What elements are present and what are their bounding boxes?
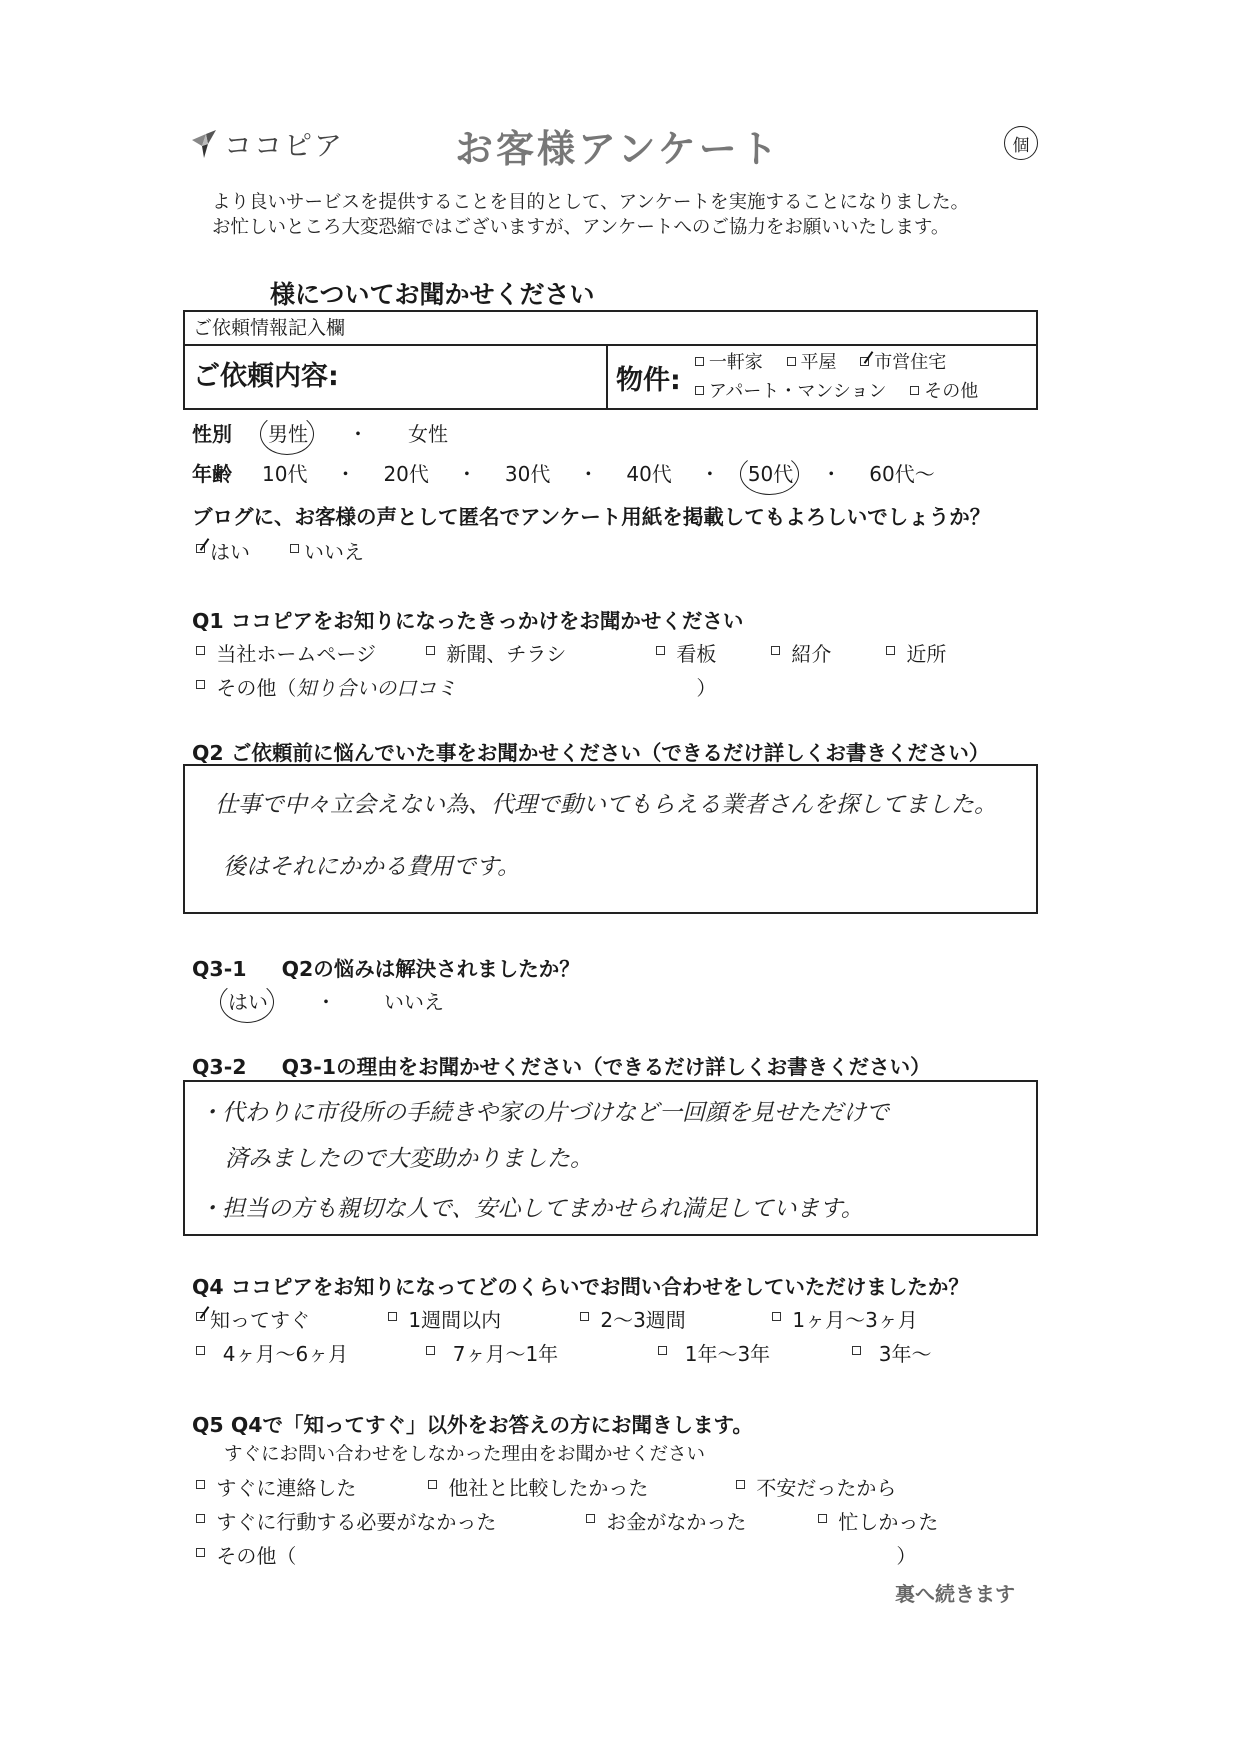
- q5-option-compare-companies[interactable]: 他社と比較したかった: [428, 1472, 736, 1501]
- q3-1-option-yes[interactable]: はい: [228, 986, 268, 1015]
- q1-option-other[interactable]: その他（: [196, 672, 296, 701]
- checkbox[interactable]: [290, 544, 299, 553]
- checkbox[interactable]: [736, 1480, 745, 1489]
- checkbox[interactable]: [818, 1514, 827, 1523]
- age-option-40s[interactable]: 40代: [626, 458, 671, 487]
- gender-label: 性別: [192, 418, 232, 447]
- checkbox[interactable]: [658, 1346, 667, 1355]
- logo-text: ココピア: [224, 124, 344, 164]
- q2-answer-line-1: 仕事で中々立会えない為、代理で動いてもらえる業者さんを探してました。: [215, 786, 997, 819]
- q2-answer-box[interactable]: 仕事で中々立会えない為、代理で動いてもらえる業者さんを探してました。 後はそれに…: [183, 764, 1038, 914]
- checkbox[interactable]: [771, 646, 780, 655]
- table-title: ご依頼情報記入欄: [185, 312, 1036, 346]
- personal-badge: 個: [1004, 126, 1038, 160]
- checkbox[interactable]: [196, 680, 205, 689]
- blog-consent-yes[interactable]: はい: [196, 536, 250, 565]
- q5-option-other[interactable]: その他（: [196, 1540, 296, 1569]
- checkbox[interactable]: [426, 1346, 435, 1355]
- q5-options-row-1: すぐに連絡した 他社と比較したかった 不安だったから: [196, 1472, 896, 1501]
- q2-heading: Q2 ご依頼前に悩んでいた事をお聞かせください（できるだけ詳しくお書きください）: [192, 736, 989, 766]
- q1-other-row: その他（ 知り合いの口コミ ）: [196, 672, 716, 701]
- q4-heading: Q4 ココピアをお知りになってどのくらいでお問い合わせをしていただけましたか？: [192, 1270, 969, 1300]
- q1-option-referral[interactable]: 紹介: [771, 638, 886, 667]
- checkbox[interactable]: [580, 1312, 589, 1321]
- company-logo: ココピア: [192, 124, 344, 164]
- q3-1-option-no[interactable]: いいえ: [384, 986, 444, 1015]
- q4-option-4-6-months[interactable]: 4ヶ月～6ヶ月: [196, 1338, 426, 1367]
- q3-2-number: Q3-2: [192, 1055, 246, 1079]
- q3-1-heading: Q3-1 Q2の悩みは解決されましたか？: [192, 952, 580, 982]
- q4-option-immediately[interactable]: 知ってすぐ: [196, 1304, 388, 1333]
- q4-options-row-2: 4ヶ月～6ヶ月 7ヶ月～1年 1年～3年 3年～: [196, 1338, 931, 1367]
- checkbox-checked[interactable]: [196, 1312, 205, 1321]
- checkbox[interactable]: [196, 1346, 205, 1355]
- checkbox[interactable]: [656, 646, 665, 655]
- blog-consent-question: ブログに、お客様の声として匿名でアンケート用紙を掲載してもよろしいでしょうか？: [192, 500, 990, 530]
- q3-1-question: Q2の悩みは解決されましたか？: [282, 957, 580, 981]
- checkbox[interactable]: [196, 1480, 205, 1489]
- age-option-50s[interactable]: 50代: [748, 458, 793, 487]
- q1-heading: Q1 ココピアをお知りになったきっかけをお聞かせください: [192, 604, 743, 634]
- q4-option-2-3-weeks[interactable]: 2～3週間: [580, 1304, 772, 1333]
- blog-consent-no[interactable]: いいえ: [290, 536, 364, 565]
- q5-other-row: その他（ ）: [196, 1540, 916, 1569]
- property-option-municipal-housing[interactable]: 市営住宅: [860, 352, 946, 373]
- checkbox[interactable]: [196, 1514, 205, 1523]
- q5-other-close: ）: [896, 1540, 916, 1569]
- q1-option-newspaper-flyer[interactable]: 新聞、チラシ: [426, 638, 656, 667]
- age-option-10s[interactable]: 10代: [262, 458, 307, 487]
- intro-line-1: より良いサービスを提供することを目的として、アンケートを実施することになりました…: [212, 190, 969, 215]
- gender-option-female[interactable]: 女性: [408, 418, 448, 447]
- q4-option-3-years-plus[interactable]: 3年～: [852, 1338, 931, 1367]
- intro-text: より良いサービスを提供することを目的として、アンケートを実施することになりました…: [212, 190, 969, 240]
- checkbox[interactable]: [695, 357, 704, 366]
- checkbox[interactable]: [428, 1480, 437, 1489]
- property-label: 物件:: [616, 358, 681, 397]
- checkbox[interactable]: [196, 1548, 205, 1557]
- age-label: 年齢: [192, 458, 232, 487]
- q5-option-no-need-to-act[interactable]: すぐに行動する必要がなかった: [196, 1506, 586, 1535]
- bird-logo-icon: [192, 130, 218, 158]
- customer-section-heading: 様についてお聞かせください: [270, 275, 595, 311]
- page-title: お客様アンケート: [455, 118, 781, 173]
- checkbox-checked[interactable]: [860, 357, 869, 366]
- checkbox[interactable]: [586, 1514, 595, 1523]
- q3-2-answer-line-1: ・代わりに市役所の手続きや家の片づけなど一回顔を見せただけで: [199, 1094, 889, 1127]
- q5-heading: Q5 Q4で「知ってすぐ」以外をお答えの方にお聞きします。: [192, 1408, 753, 1438]
- q5-options-row-2: すぐに行動する必要がなかった お金がなかった 忙しかった: [196, 1506, 938, 1535]
- checkbox[interactable]: [695, 386, 704, 395]
- property-option-bungalow[interactable]: 平屋: [787, 352, 837, 373]
- request-content-label: ご依頼内容:: [193, 361, 339, 392]
- request-content-field[interactable]: ご依頼内容:: [185, 346, 608, 408]
- blog-consent-options: はい いいえ: [196, 536, 364, 565]
- intro-line-2: お忙しいところ大変恐縮ではございますが、アンケートへのご協力をお願いいたします。: [212, 215, 969, 240]
- q1-option-homepage[interactable]: 当社ホームページ: [196, 638, 426, 667]
- age-option-20s[interactable]: 20代: [383, 458, 428, 487]
- q1-other-input[interactable]: 知り合いの口コミ: [296, 672, 696, 701]
- property-field: 物件: 一軒家 平屋 市営住宅 アパート・マンション その他: [608, 346, 1036, 408]
- checkbox[interactable]: [388, 1312, 397, 1321]
- q3-2-answer-box[interactable]: ・代わりに市役所の手続きや家の片づけなど一回顔を見せただけで 済みましたので大変…: [183, 1080, 1038, 1236]
- q3-2-question: Q3-1の理由をお聞かせください（できるだけ詳しくお書きください）: [282, 1055, 931, 1079]
- continue-on-back-note: 裏へ続きます: [895, 1578, 1015, 1607]
- q1-other-close: ）: [696, 672, 716, 701]
- q1-option-neighborhood[interactable]: 近所: [886, 638, 946, 667]
- age-option-30s[interactable]: 30代: [505, 458, 550, 487]
- gender-option-male[interactable]: 男性: [268, 418, 308, 447]
- request-info-table: ご依頼情報記入欄 ご依頼内容: 物件: 一軒家 平屋 市営住宅 アパート・マンシ…: [183, 310, 1038, 410]
- q5-option-contacted-immediately[interactable]: すぐに連絡した: [196, 1472, 428, 1501]
- q5-option-no-money[interactable]: お金がなかった: [586, 1506, 818, 1535]
- age-option-60s-plus[interactable]: 60代～: [869, 458, 934, 487]
- q5-option-busy[interactable]: 忙しかった: [818, 1506, 938, 1535]
- q4-option-1-3-years[interactable]: 1年～3年: [658, 1338, 852, 1367]
- gender-row: 性別 男性 ・ 女性: [192, 418, 448, 447]
- checkbox[interactable]: [910, 386, 919, 395]
- checkbox[interactable]: [852, 1346, 861, 1355]
- q4-option-within-1-week[interactable]: 1週間以内: [388, 1304, 580, 1333]
- age-row: 年齢 10代 ・ 20代 ・ 30代 ・ 40代 ・ 50代 ・ 60代～: [192, 458, 935, 487]
- checkbox[interactable]: [787, 357, 796, 366]
- q1-options: 当社ホームページ 新聞、チラシ 看板 紹介 近所: [196, 638, 946, 667]
- q4-option-1-3-months[interactable]: 1ヶ月～3ヶ月: [772, 1304, 918, 1333]
- q5-other-input[interactable]: [296, 1540, 896, 1569]
- q4-option-7-months-1-year[interactable]: 7ヶ月～1年: [426, 1338, 658, 1367]
- q3-1-number: Q3-1: [192, 957, 246, 981]
- q3-2-answer-line-3: ・担当の方も親切な人で、安心してまかせられ満足しています。: [199, 1190, 864, 1223]
- q3-1-options: はい ・ いいえ: [228, 986, 444, 1015]
- checkbox-checked[interactable]: [196, 544, 205, 553]
- q4-options-row-1: 知ってすぐ 1週間以内 2～3週間 1ヶ月～3ヶ月: [196, 1304, 918, 1333]
- property-option-detached[interactable]: 一軒家: [695, 352, 763, 373]
- q2-answer-line-2: 後はそれにかかる費用です。: [223, 848, 520, 881]
- property-option-apartment[interactable]: アパート・マンション: [695, 381, 887, 402]
- q5-option-anxious[interactable]: 不安だったから: [736, 1472, 896, 1501]
- q3-2-heading: Q3-2 Q3-1の理由をお聞かせください（できるだけ詳しくお書きください）: [192, 1050, 931, 1080]
- checkbox[interactable]: [426, 646, 435, 655]
- checkbox[interactable]: [772, 1312, 781, 1321]
- q5-subheading: すぐにお問い合わせをしなかった理由をお聞かせください: [224, 1440, 705, 1466]
- checkbox[interactable]: [886, 646, 895, 655]
- q3-2-answer-line-2: 済みましたので大変助かりました。: [225, 1140, 593, 1173]
- property-option-other[interactable]: その他: [910, 381, 978, 402]
- q1-option-signboard[interactable]: 看板: [656, 638, 771, 667]
- checkbox[interactable]: [196, 646, 205, 655]
